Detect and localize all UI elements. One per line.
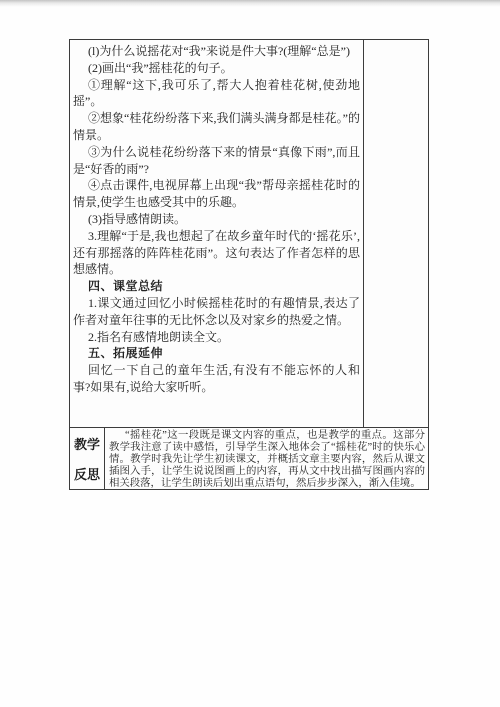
lesson-section-heading: 四、课堂总结 bbox=[73, 278, 360, 295]
reflection-label-line-1: 教学 bbox=[74, 434, 100, 453]
scan-edge-shade bbox=[0, 0, 500, 7]
lesson-paragraph: (l)为什么说摇花对“我”来说是件大事?(理解“总是”) bbox=[73, 43, 360, 60]
teaching-reflection-text-cell: “摇桂花”这一段既是课文内容的重点，也是教学的重点。这部分教学我注意了读中感悟，… bbox=[105, 428, 428, 489]
teaching-reflection-label: 教学 反思 bbox=[70, 428, 105, 489]
lesson-steps-cell: (l)为什么说摇花对“我”来说是件大事?(理解“总是”)(2)画出“我”摇桂花的… bbox=[70, 40, 364, 427]
lesson-paragraph: 2.指名有感情地朗读全文。 bbox=[73, 329, 360, 346]
lesson-plan-table: (l)为什么说摇花对“我”来说是件大事?(理解“总是”)(2)画出“我”摇桂花的… bbox=[69, 39, 429, 490]
lesson-paragraph: ①理解“这下,我可乐了,帮大人抱着桂花树,使劲地摇”。 bbox=[73, 77, 360, 111]
teaching-reflection-row: 教学 反思 “摇桂花”这一段既是课文内容的重点，也是教学的重点。这部分教学我注意… bbox=[70, 428, 428, 489]
lesson-content-row: (l)为什么说摇花对“我”来说是件大事?(理解“总是”)(2)画出“我”摇桂花的… bbox=[70, 40, 428, 428]
lesson-paragraph: ③为什么说桂花纷纷落下来的情景“真像下雨”,而且是“好香的雨”? bbox=[73, 144, 360, 178]
lesson-paragraph: 回忆一下自己的童年生活,有没有不能忘怀的人和事?如果有,说给大家听听。 bbox=[73, 362, 360, 396]
scanned-document-page: (l)为什么说摇花对“我”来说是件大事?(理解“总是”)(2)画出“我”摇桂花的… bbox=[0, 0, 500, 707]
lesson-paragraph: 1.课文通过回忆小时候摇桂花时的有趣情景,表达了作者对童年往事的无比怀念以及对家… bbox=[73, 295, 360, 329]
lesson-section-heading: 五、拓展延伸 bbox=[73, 345, 360, 362]
lesson-paragraph: (2)画出“我”摇桂花的句子。 bbox=[73, 60, 360, 77]
teaching-reflection-paragraph: “摇桂花”这一段既是课文内容的重点，也是教学的重点。这部分教学我注意了读中感悟，… bbox=[109, 430, 425, 489]
lesson-paragraph: ④点击课件,电视屏幕上出现“我”帮母亲摇桂花时的情景,使学生也感受其中的乐趣。 bbox=[73, 177, 360, 211]
notes-column-cell bbox=[364, 40, 428, 427]
reflection-label-line-2: 反思 bbox=[74, 464, 100, 483]
lesson-paragraph: ②想象“桂花纷纷落下来,我们满头满身都是桂花。”的情景。 bbox=[73, 110, 360, 144]
lesson-paragraph: 3.理解“于是,我也想起了在故乡童年时代的‘摇花乐’,还有那摇落的阵阵桂花雨”。… bbox=[73, 228, 360, 278]
lesson-paragraph: (3)指导感情朗读。 bbox=[73, 211, 360, 228]
